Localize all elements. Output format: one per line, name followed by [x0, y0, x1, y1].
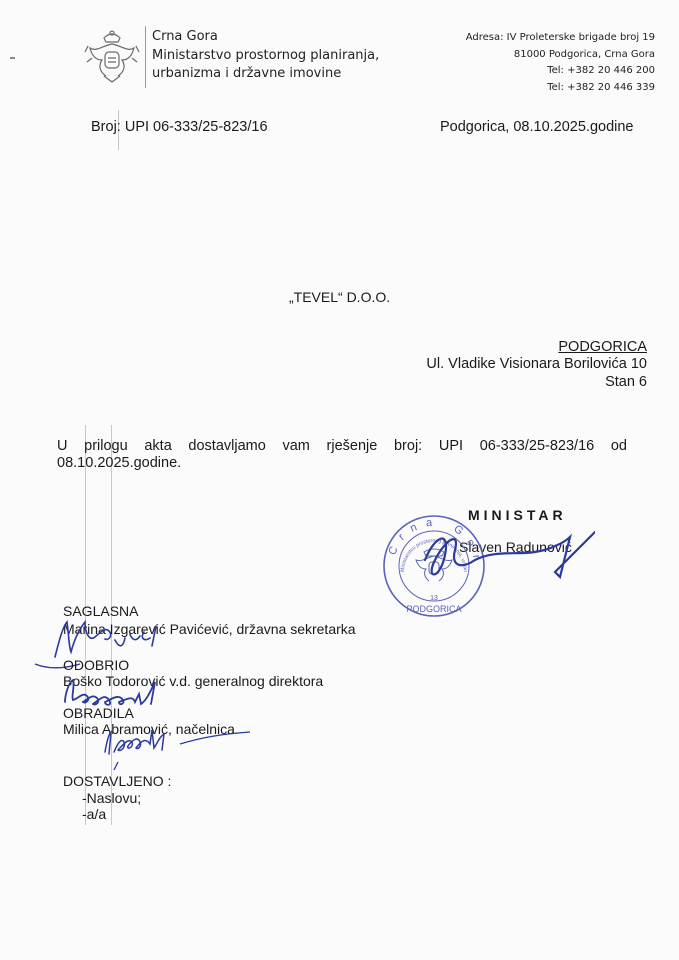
recipient-company: „TEVEL“ D.O.O. [289, 289, 390, 305]
address-phone-1: Tel: +382 20 446 200 [466, 63, 655, 80]
approval-label-saglasna: SAGLASNA [63, 603, 138, 619]
letter-body: U prilogu akta dostavljamo vam rješenje … [57, 438, 627, 472]
svg-text:13: 13 [430, 595, 438, 602]
distribution-item-aa: -a/a [82, 806, 106, 822]
body-line-2: 08.10.2025.godine. [57, 455, 181, 471]
recipient-street: Ul. Vladike Visionara Borilovića 10 [426, 356, 647, 372]
coat-of-arms-icon [82, 28, 142, 86]
distribution-item-naslovu: -Naslovu; [82, 790, 141, 806]
body-line-1: U prilogu akta dostavljamo vam rješenje … [57, 438, 627, 455]
address-phone-2: Tel: +382 20 446 339 [466, 80, 655, 97]
recipient-city: PODGORICA [558, 339, 647, 355]
approval-label-odobrio: ODOBRIO [63, 657, 129, 673]
org-ministry-line2: urbanizma i državne imovine [152, 65, 379, 84]
org-ministry-line1: Ministarstvo prostornog planiranja, [152, 47, 379, 66]
official-seal-icon: Crna Gora Ministarstvo prostornog planir… [380, 512, 488, 620]
org-country: Crna Gora [152, 28, 379, 47]
svg-text:PODGORICA: PODGORICA [406, 604, 461, 614]
place-date: Podgorica, 08.10.2025.godine [440, 119, 634, 135]
recipient-flat: Stan 6 [605, 374, 647, 390]
header-divider [145, 26, 146, 88]
distribution-label: DOSTAVLJENO : [63, 773, 171, 789]
approval-person-obradila: Milica Abramović, načelnica [63, 721, 235, 737]
organization-block: Crna Gora Ministarstvo prostornog planir… [152, 28, 379, 84]
approval-person-odobrio: Boško Todorović v.d. generalnog direktor… [63, 673, 323, 689]
reference-number: Broj: UPI 06-333/25-823/16 [91, 119, 268, 135]
address-block: Adresa: IV Proleterske brigade broj 19 8… [466, 30, 655, 96]
approval-label-obradila: OBRADILA [63, 705, 134, 721]
address-city: 81000 Podgorica, Crna Gora [466, 47, 655, 64]
scan-artifact [10, 57, 15, 59]
address-street: Adresa: IV Proleterske brigade broj 19 [466, 30, 655, 47]
approval-person-saglasna: Marina Izgarević Pavićević, državna sekr… [63, 621, 356, 637]
